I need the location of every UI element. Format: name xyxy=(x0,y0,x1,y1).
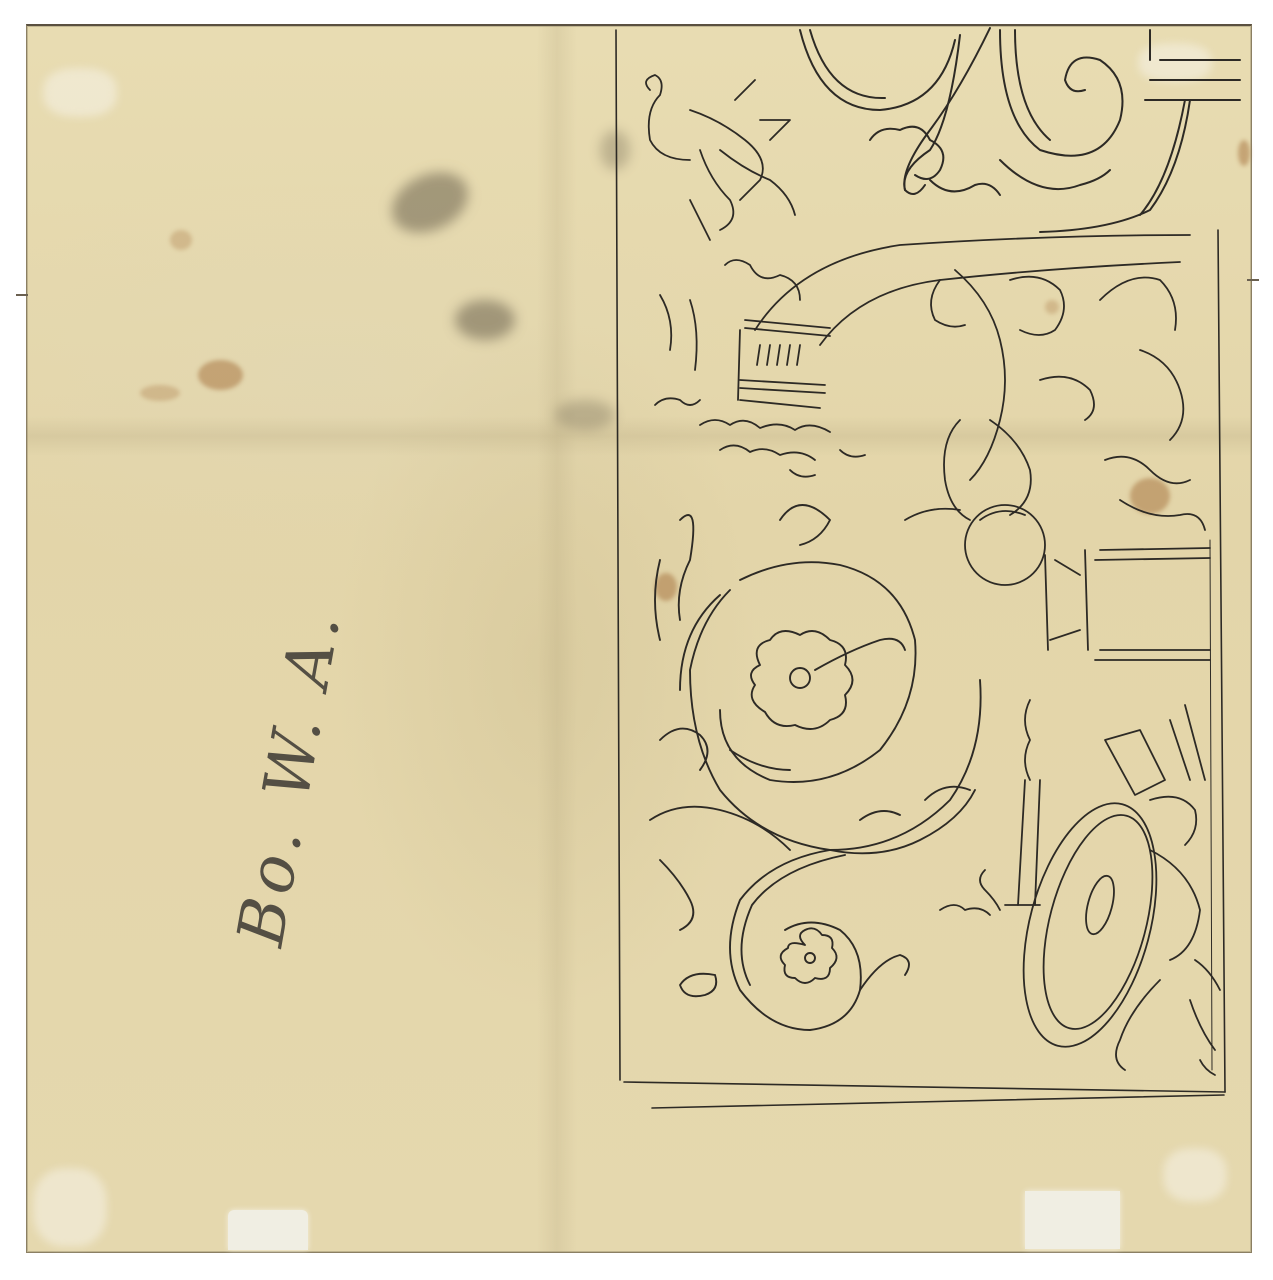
ornamental-drawing xyxy=(0,0,1273,1280)
top-scrolls xyxy=(800,28,1240,232)
bird xyxy=(646,75,795,240)
rosette-large xyxy=(650,505,981,930)
putto xyxy=(905,270,1205,530)
rosette-small xyxy=(680,850,909,1030)
cornucopia xyxy=(655,235,1190,477)
pedestal xyxy=(965,505,1210,660)
trophy xyxy=(940,700,1220,1075)
